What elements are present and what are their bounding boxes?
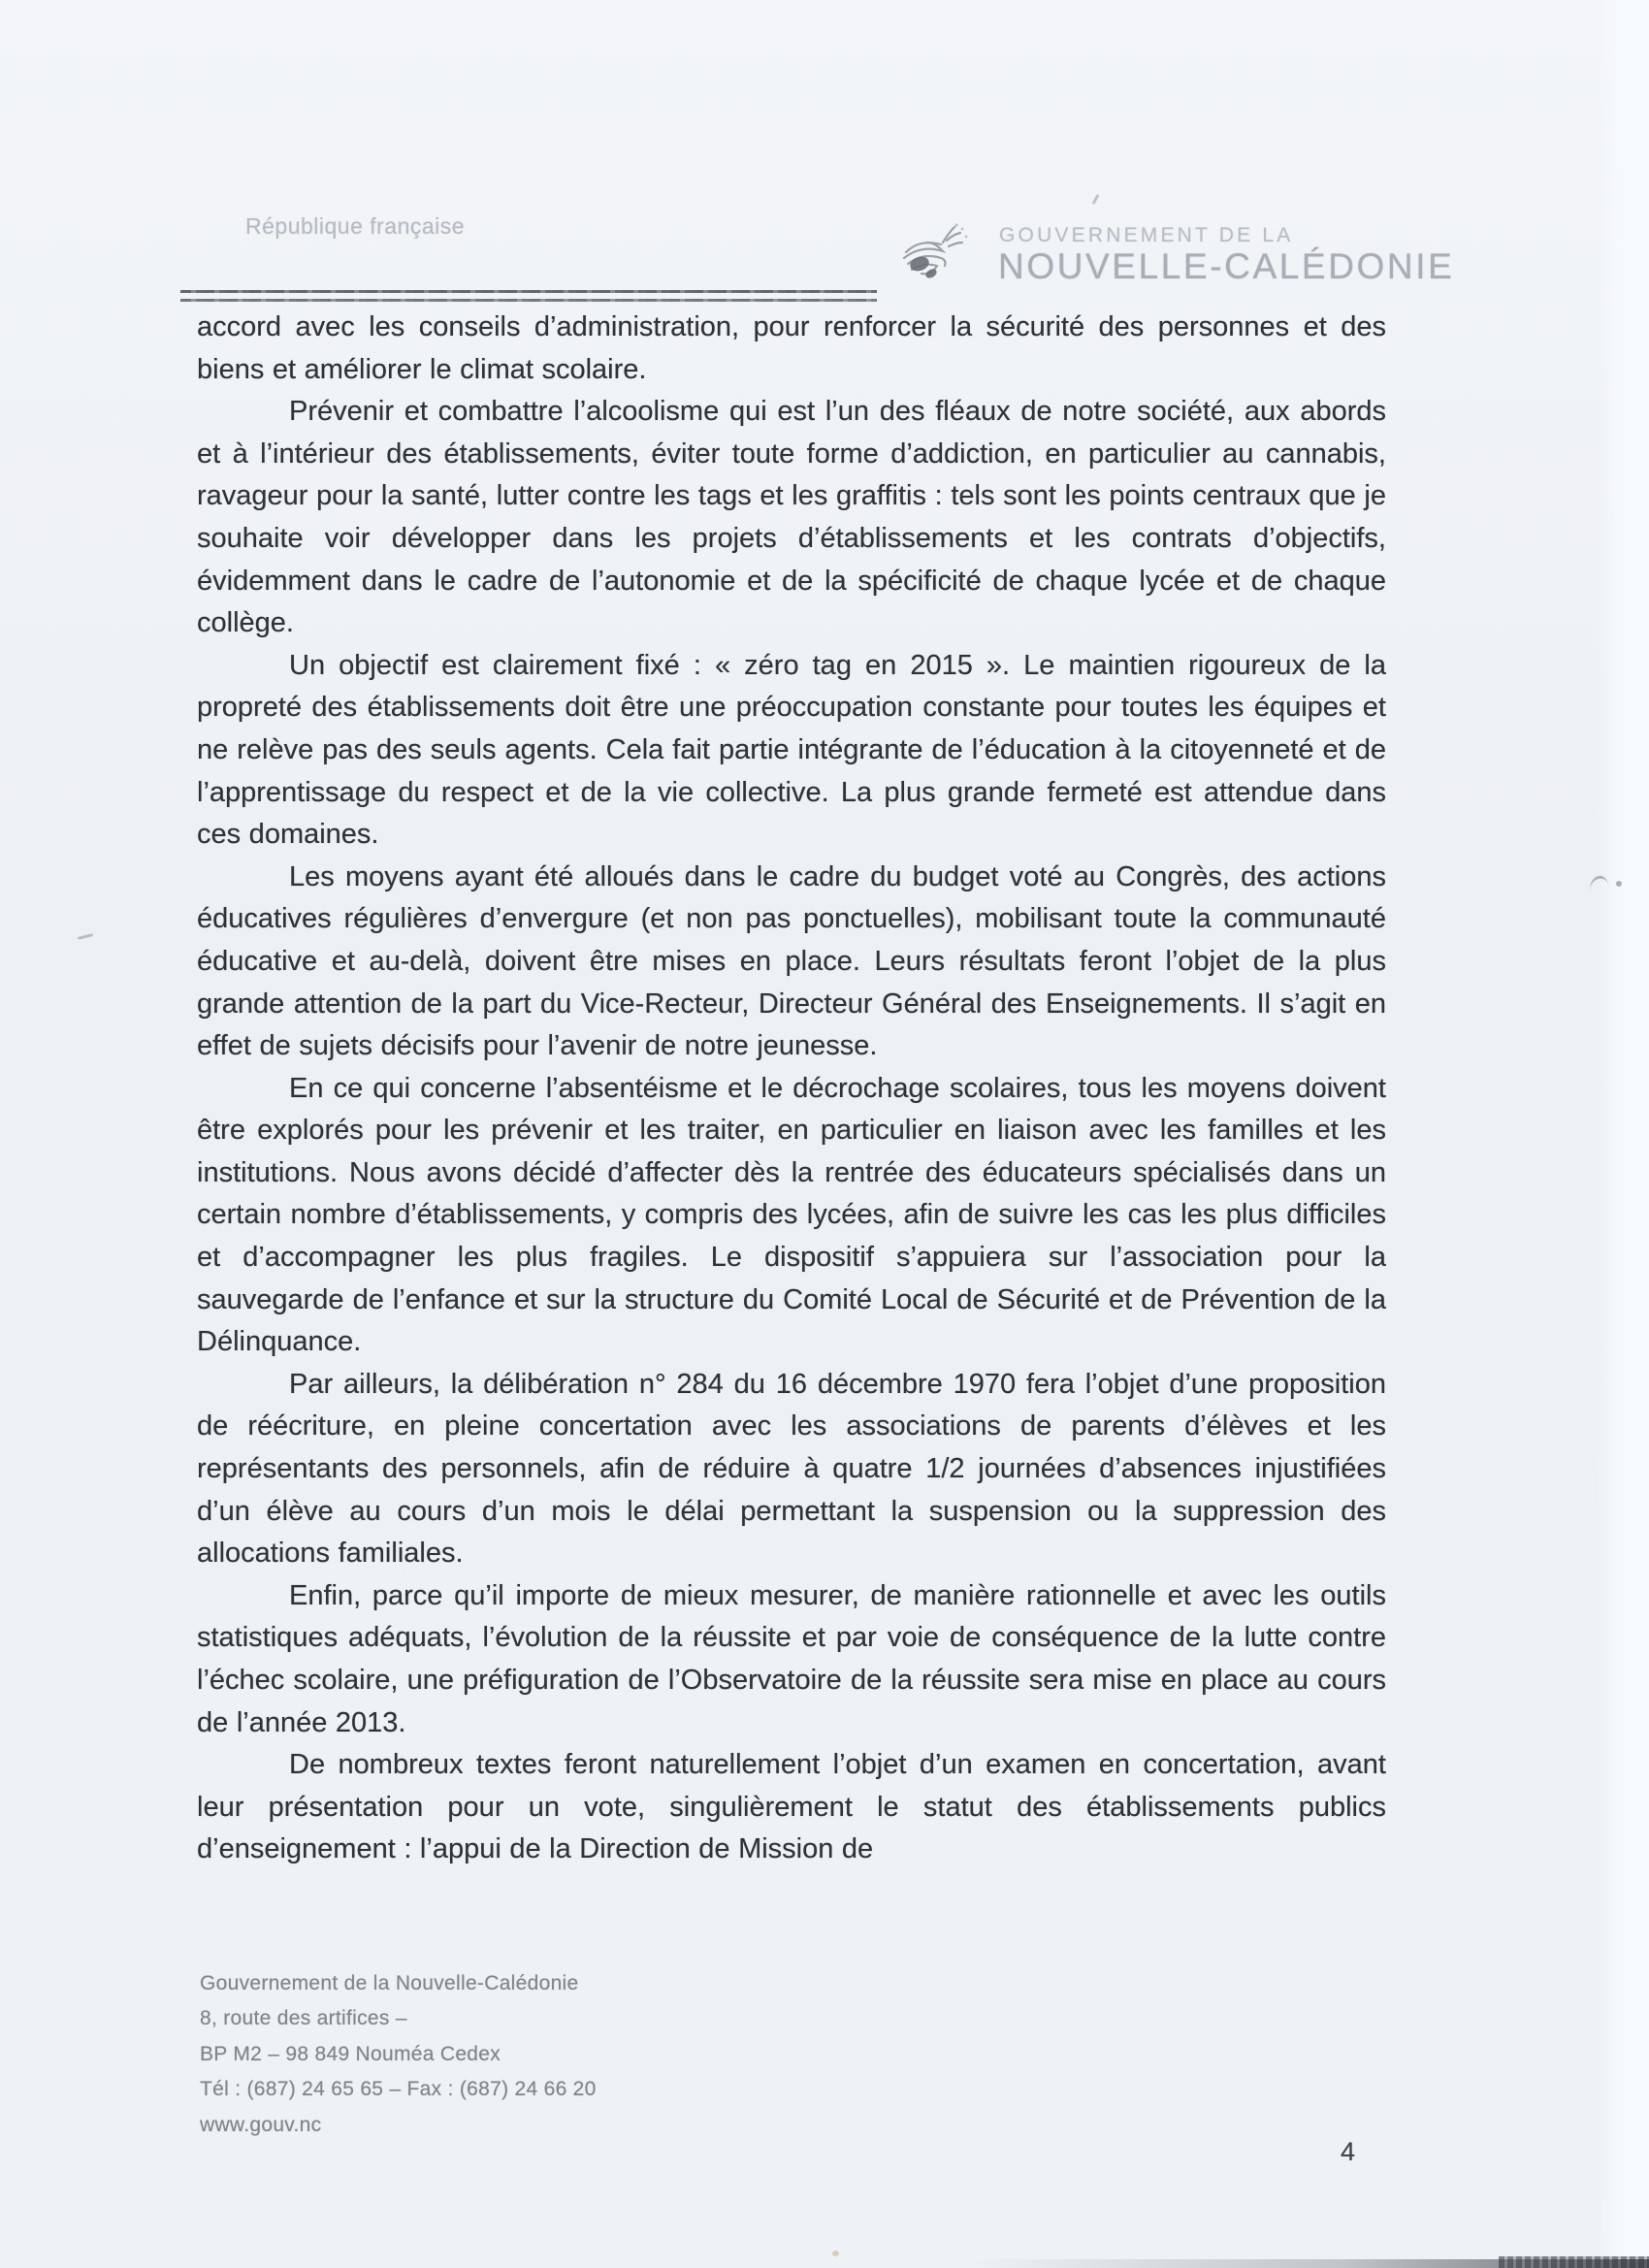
body-paragraph: Un objectif est clairement fixé : « zéro…: [197, 645, 1386, 857]
scan-artifact-tick: [1092, 194, 1100, 205]
rule-top: [180, 290, 877, 293]
scan-artifact-bottom-smudge: [970, 2259, 1649, 2268]
rule-bottom: [180, 299, 877, 302]
footer-street-line: 8, route des artifices –: [200, 2001, 597, 2036]
document-page: République française GOUVERNEME: [0, 0, 1649, 2268]
scan-artifact-speck: [832, 2251, 839, 2256]
body-paragraph: accord avec les conseils d’administratio…: [197, 307, 1386, 391]
scan-artifact-dash: [78, 933, 93, 940]
body-paragraph: Par ailleurs, la délibération n° 284 du …: [197, 1364, 1386, 1575]
header-double-rule: [180, 290, 877, 302]
letter-body: accord avec les conseils d’administratio…: [197, 307, 1386, 1871]
scan-edge-band: [1599, 0, 1649, 2268]
body-paragraph: En ce qui concerne l’absentéisme et le d…: [197, 1068, 1386, 1364]
page-number: 4: [1341, 2137, 1355, 2167]
footer-website: www.gouv.nc: [200, 2108, 597, 2143]
body-paragraph: Enfin, parce qu’il importe de mieux mesu…: [197, 1575, 1386, 1744]
footer-tel-fax-line: Tél : (687) 24 65 65 – Fax : (687) 24 66…: [200, 2072, 597, 2107]
body-paragraph: Prévenir et combattre l’alcoolisme qui e…: [197, 391, 1386, 645]
footer-address-block: Gouvernement de la Nouvelle-Calédonie 8,…: [200, 1966, 597, 2143]
footer-org-line: Gouvernement de la Nouvelle-Calédonie: [200, 1966, 597, 2001]
republique-francaise-label: République française: [245, 213, 465, 240]
nc-government-emblem-icon: [898, 219, 970, 289]
body-paragraph: Les moyens ayant été alloués dans le cad…: [197, 857, 1386, 1068]
body-paragraph: De nombreux textes feront naturellement …: [197, 1744, 1386, 1871]
government-wordmark-line1: GOUVERNEMENT DE LA: [999, 224, 1293, 247]
government-wordmark-line2: NOUVELLE-CALÉDONIE: [998, 246, 1454, 287]
footer-bp-line: BP M2 – 98 849 Nouméa Cedex: [200, 2037, 597, 2072]
